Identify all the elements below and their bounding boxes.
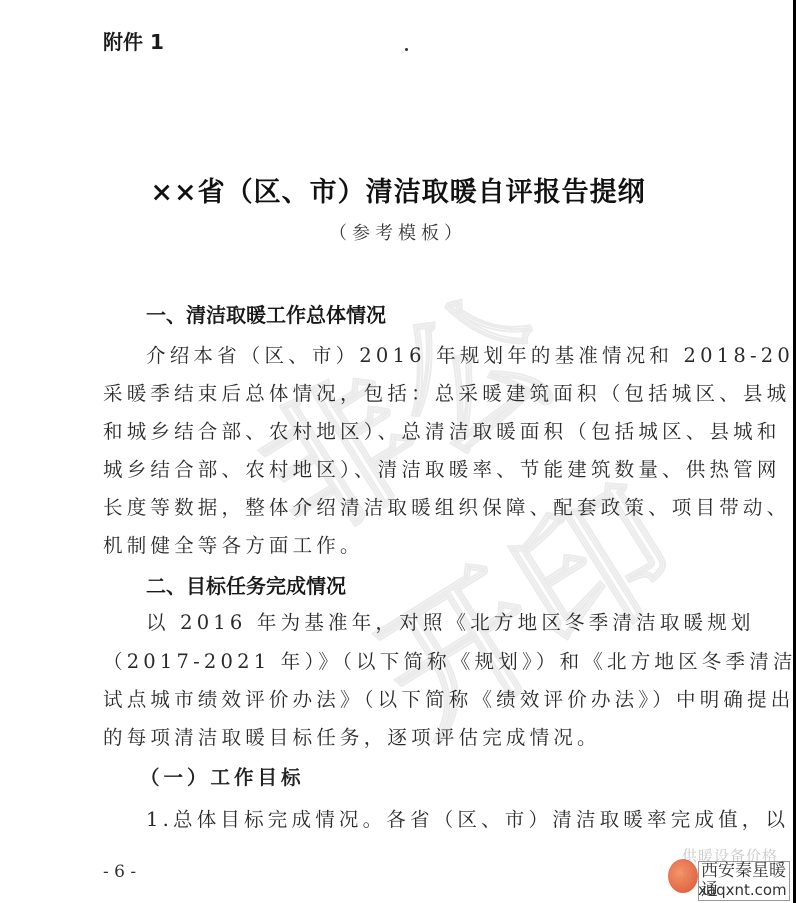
section-heading-2: 二、目标任务完成情况 [146,570,346,599]
paragraph-line: （2017-2021 年）》（以下简称《规划》）和《北方地区冬季清洁取暖 [103,646,796,674]
paragraph-line: 机制健全等各方面工作。 [103,530,364,558]
paragraph-line: 采暖季结束后总体情况，包括：总采暖建筑面积（包括城区、县城 [103,378,790,406]
section-heading-1: 一、清洁取暖工作总体情况 [146,299,386,328]
paragraph-line: 以 2016 年为基准年，对照《北方地区冬季清洁取暖规划 [146,607,755,635]
logo-url: xaqxnt.com [698,882,787,899]
paragraph-line: 1.总体目标完成情况。各省（区、市）清洁取暖率完成值，以 [146,804,789,832]
paragraph-line: 的每项清洁取暖目标任务，逐项评估完成情况。 [103,722,601,750]
logo-mark-icon [668,859,698,893]
paragraph-line: 城乡结合部、农村地区）、清洁取暖率、节能建筑数量、供热管网 [103,454,781,482]
watermark-stamp: 非公开印 [162,201,657,629]
subsection-heading: （一）工作目标 [140,762,305,790]
paragraph-line: 和城乡结合部、农村地区）、总清洁取暖面积（包括城区、县城和 [103,416,781,444]
document-subtitle: （参考模板） [0,219,796,245]
site-logo: 供暖设备价格网 西安秦星暖通 xaqxnt.com [668,845,790,901]
annex-label: 附件 1 [103,26,164,55]
paragraph-line: 试点城市绩效评价办法》（以下简称《绩效评价办法》）中明确提出 [103,684,795,712]
page-number: - 6 - [103,862,136,882]
scan-dot [405,48,408,51]
paragraph-line: 介绍本省（区、市）2016 年规划年的基准情况和 2018-2019 年 [146,340,796,368]
document-title: ××省（区、市）清洁取暖自评报告提纲 [0,170,796,209]
paragraph-line: 长度等数据，整体介绍清洁取暖组织保障、配套政策、项目带动、 [103,492,790,520]
